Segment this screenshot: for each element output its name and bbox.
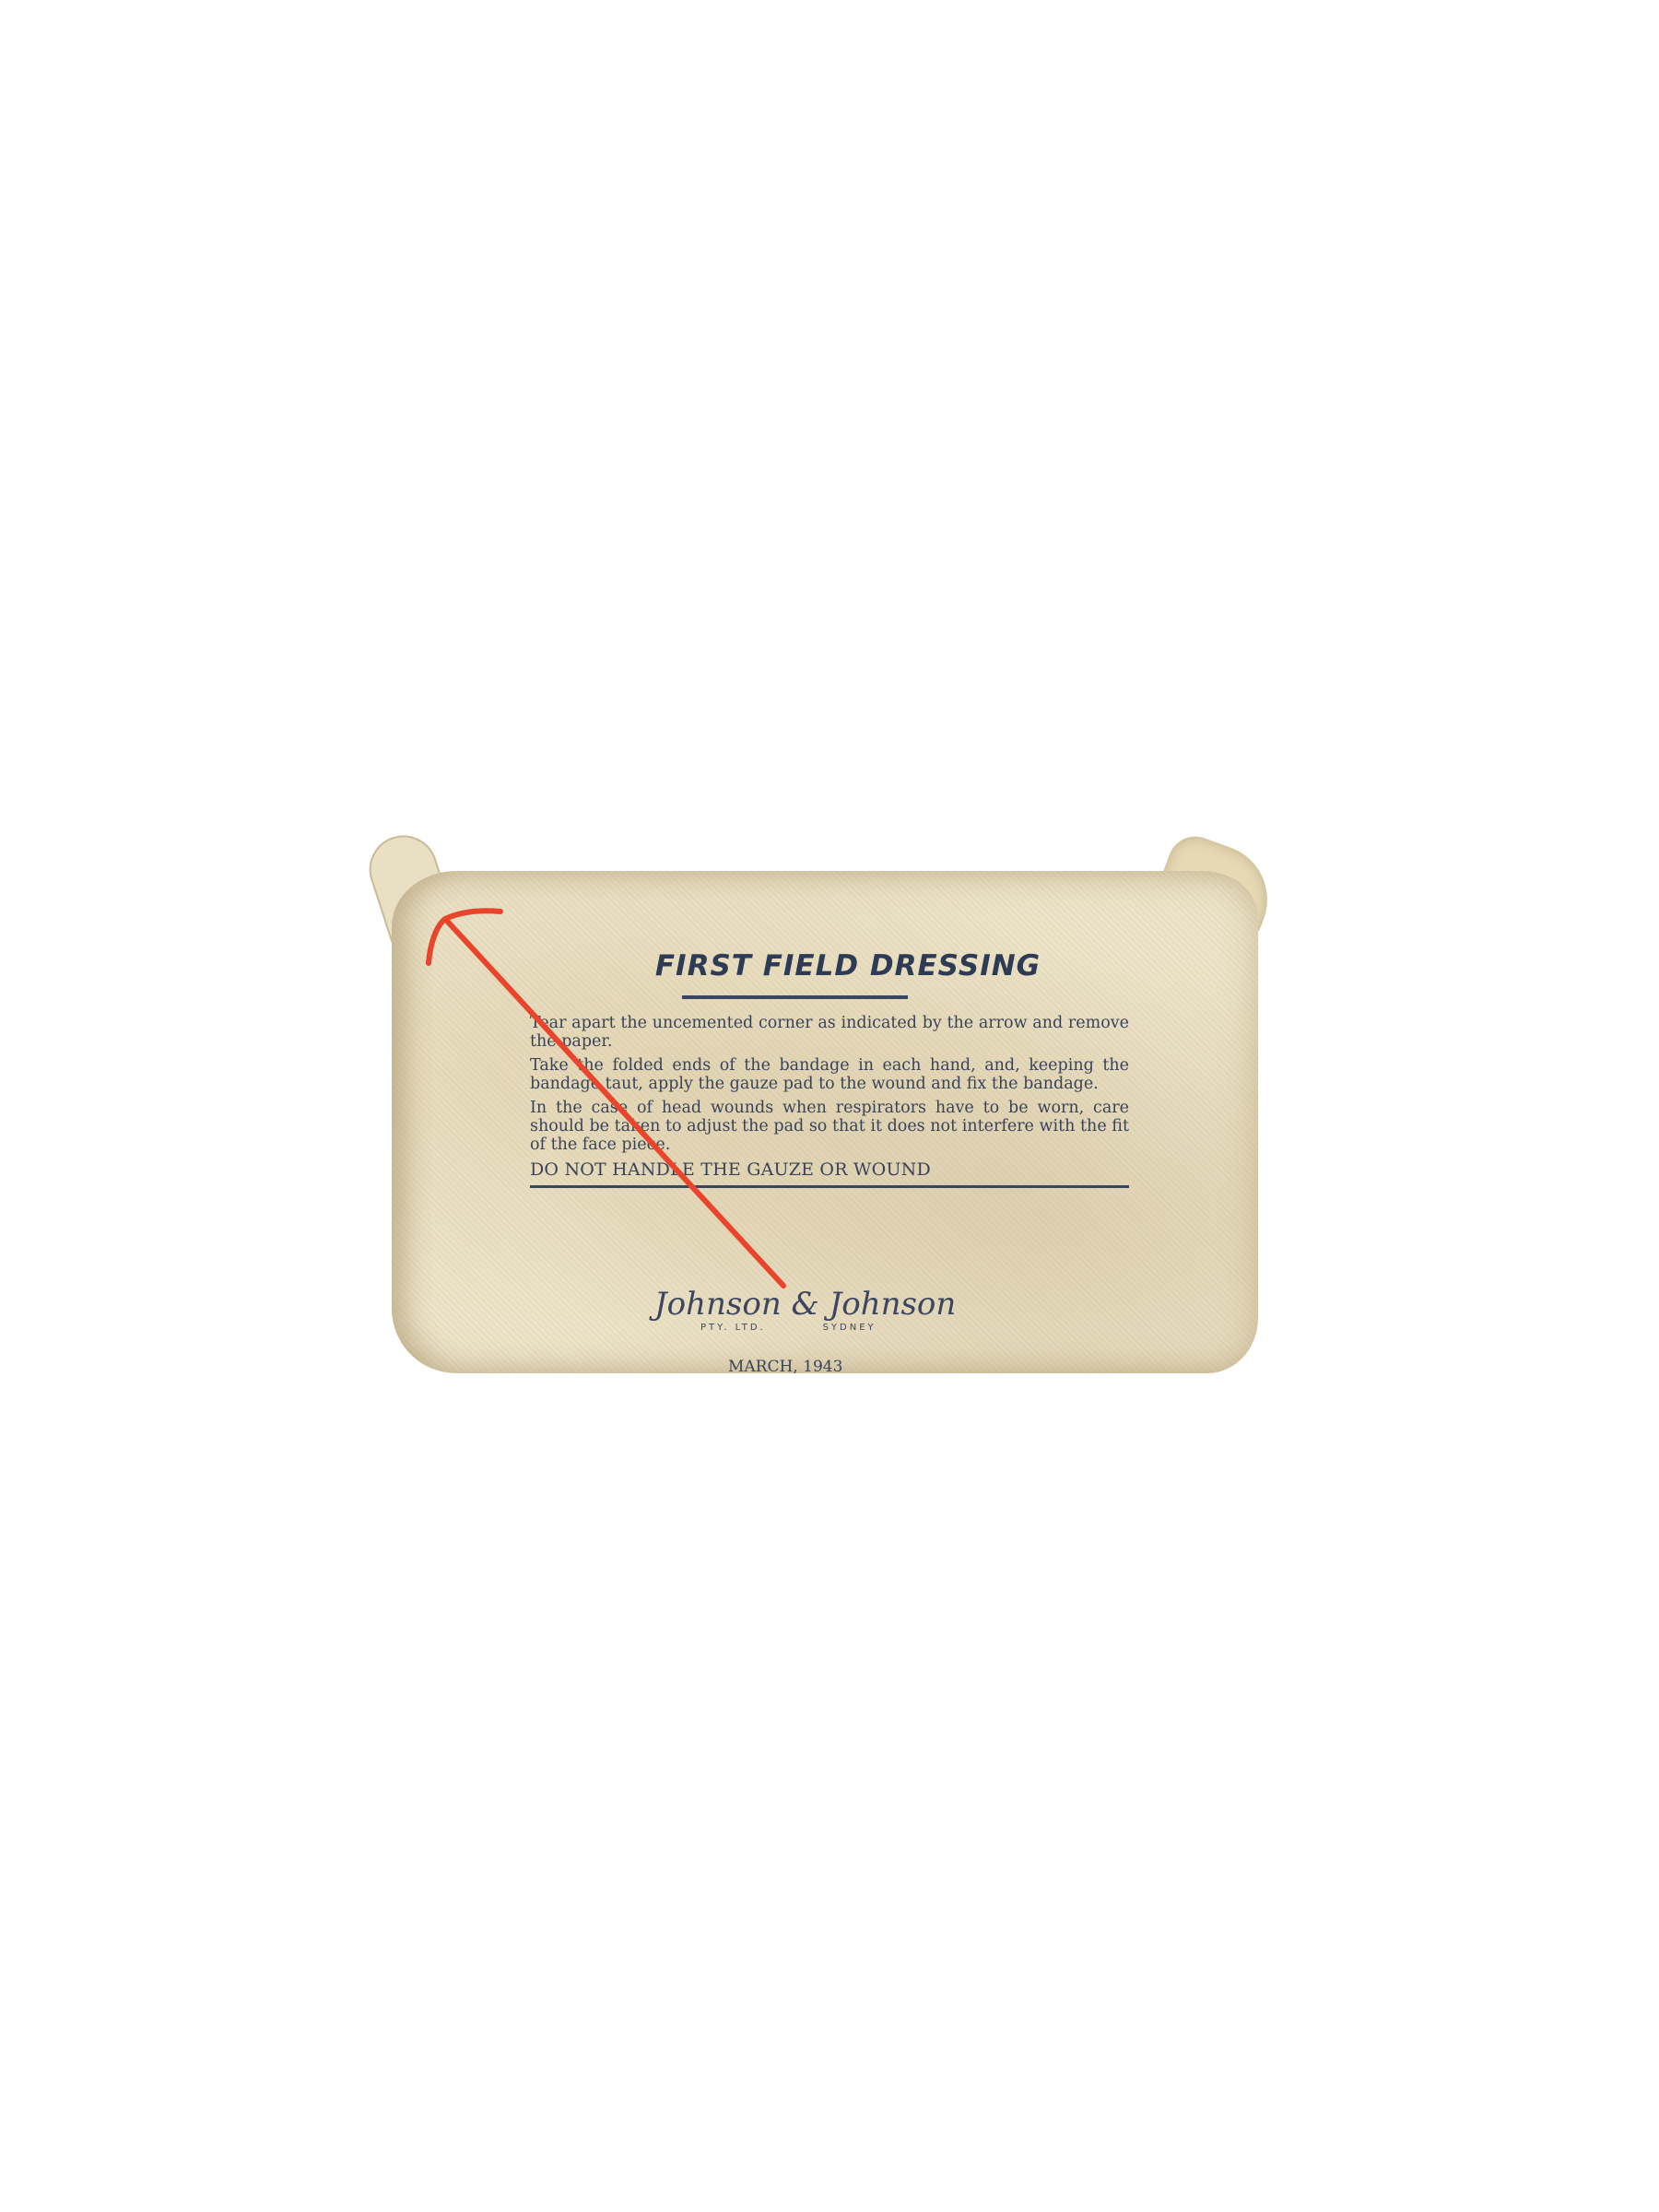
manufacturer-mark: Johnson & Johnson PTY. LTD. SYDNEY	[654, 1286, 1041, 1333]
manufacturer-city: SYDNEY	[823, 1323, 877, 1333]
instruction-2: Take the folded ends of the bandage in e…	[530, 1056, 1129, 1093]
first-field-dressing-package: FIRST FIELD DRESSING Tear apart the unce…	[373, 834, 1281, 1387]
manufacturer-pty: PTY. LTD.	[700, 1323, 766, 1333]
printed-label: FIRST FIELD DRESSING Tear apart the unce…	[530, 949, 1129, 1188]
label-title: FIRST FIELD DRESSING	[567, 949, 1129, 982]
manufacturer-subline: PTY. LTD. SYDNEY	[700, 1323, 1041, 1333]
warning-text: DO NOT HANDLE THE GAUZE OR WOUND	[530, 1159, 1129, 1188]
instruction-3: In the case of head wounds when respirat…	[530, 1099, 1129, 1154]
manufacturer-name: Johnson & Johnson	[654, 1286, 1041, 1323]
manufacture-date: MARCH, 1943	[728, 1358, 842, 1376]
title-underline	[682, 995, 908, 999]
instruction-1: Tear apart the uncemented corner as indi…	[530, 1014, 1129, 1051]
fabric-pouch: FIRST FIELD DRESSING Tear apart the unce…	[392, 871, 1258, 1373]
